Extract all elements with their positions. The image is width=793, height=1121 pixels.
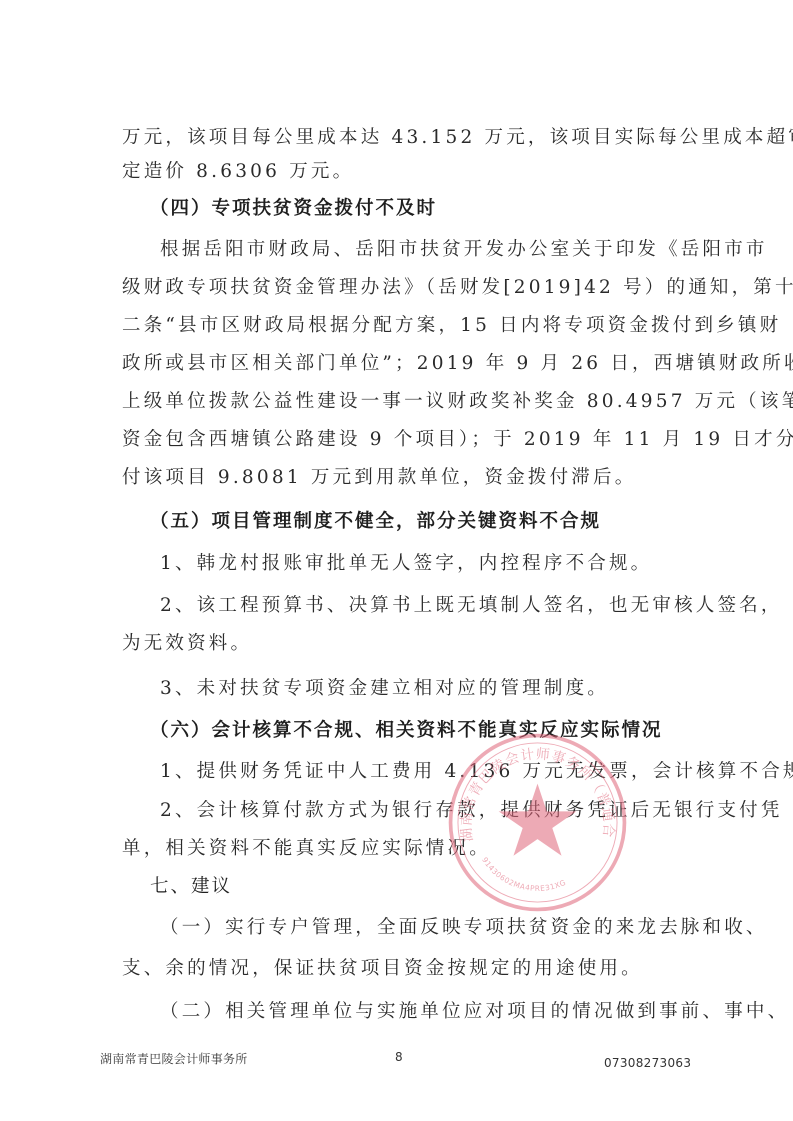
footer-page-number: 8 xyxy=(395,1050,403,1064)
section-heading-7: 七、建议 xyxy=(150,875,710,899)
section-heading-5: （五）项目管理制度不健全，部分关键资料不合规 xyxy=(150,510,710,534)
paragraph-line: 为无效资料。 xyxy=(122,632,682,656)
footer-firm-name: 湖南常青巴陵会计师事务所 xyxy=(100,1050,248,1067)
list-item: 1、韩龙村报账审批单无人签字，内控程序不合规。 xyxy=(160,552,682,576)
paragraph-line: 支、余的情况，保证扶贫项目资金按规定的用途使用。 xyxy=(122,957,682,981)
list-item: 2、该工程预算书、决算书上既无填制人签名，也无审核人签名， xyxy=(160,594,682,618)
seal-text: 湖南常青巴陵会计师事务所（普通合伙） xyxy=(445,730,616,843)
paragraph-line: 单，相关资料不能真实反应实际情况。 xyxy=(122,837,682,861)
section-heading-6: （六）会计核算不合规、相关资料不能真实反应实际情况 xyxy=(150,719,710,743)
list-item: 3、未对扶贫专项资金建立相对应的管理制度。 xyxy=(160,677,682,701)
section-heading-4: （四）专项扶贫资金拨付不及时 xyxy=(150,197,710,221)
list-item: 2、会计核算付款方式为银行存款，提供财务凭证后无银行支付凭 xyxy=(160,799,682,823)
footer-phone: 07308273063 xyxy=(604,1056,691,1070)
paragraph-line: 政所或县市区相关部门单位”；2019 年 9 月 26 日，西塘镇财政所收到 xyxy=(122,352,682,376)
paragraph-line: 上级单位拨款公益性建设一事一议财政奖补奖金 80.4957 万元（该笔 xyxy=(122,390,682,414)
svg-text:湖南常青巴陵会计师事务所（普通合伙）: 湖南常青巴陵会计师事务所（普通合伙） xyxy=(445,730,616,843)
paragraph-line: 二条“县市区财政局根据分配方案，15 日内将专项资金拨付到乡镇财 xyxy=(122,314,682,338)
paragraph-line: 级财政专项扶贫资金管理办法》（岳财发[2019]42 号）的通知，第十 xyxy=(122,276,682,300)
paragraph-line: 付该项目 9.8081 万元到用款单位，资金拨付滞后。 xyxy=(122,466,682,490)
paragraph-line: 资金包含西塘镇公路建设 9 个项目）；于 2019 年 11 月 19 日才分配… xyxy=(122,428,682,452)
paragraph-line: （二）相关管理单位与实施单位应对项目的情况做到事前、事中、 xyxy=(160,1000,682,1024)
document-page: 万元，该项目每公里成本达 43.152 万元，该项目实际每公里成本超审 定造价 … xyxy=(0,0,793,1121)
paragraph-line: 定造价 8.6306 万元。 xyxy=(122,160,682,184)
paragraph-line: 根据岳阳市财政局、岳阳市扶贫开发办公室关于印发《岳阳市市 xyxy=(160,238,682,262)
paragraph-line: 万元，该项目每公里成本达 43.152 万元，该项目实际每公里成本超审 xyxy=(122,126,682,150)
paragraph-line: （一）实行专户管理，全面反映专项扶贫资金的来龙去脉和收、 xyxy=(160,916,682,940)
list-item: 1、提供财务凭证中人工费用 4.136 万元无发票，会计核算不合规。 xyxy=(160,760,682,784)
